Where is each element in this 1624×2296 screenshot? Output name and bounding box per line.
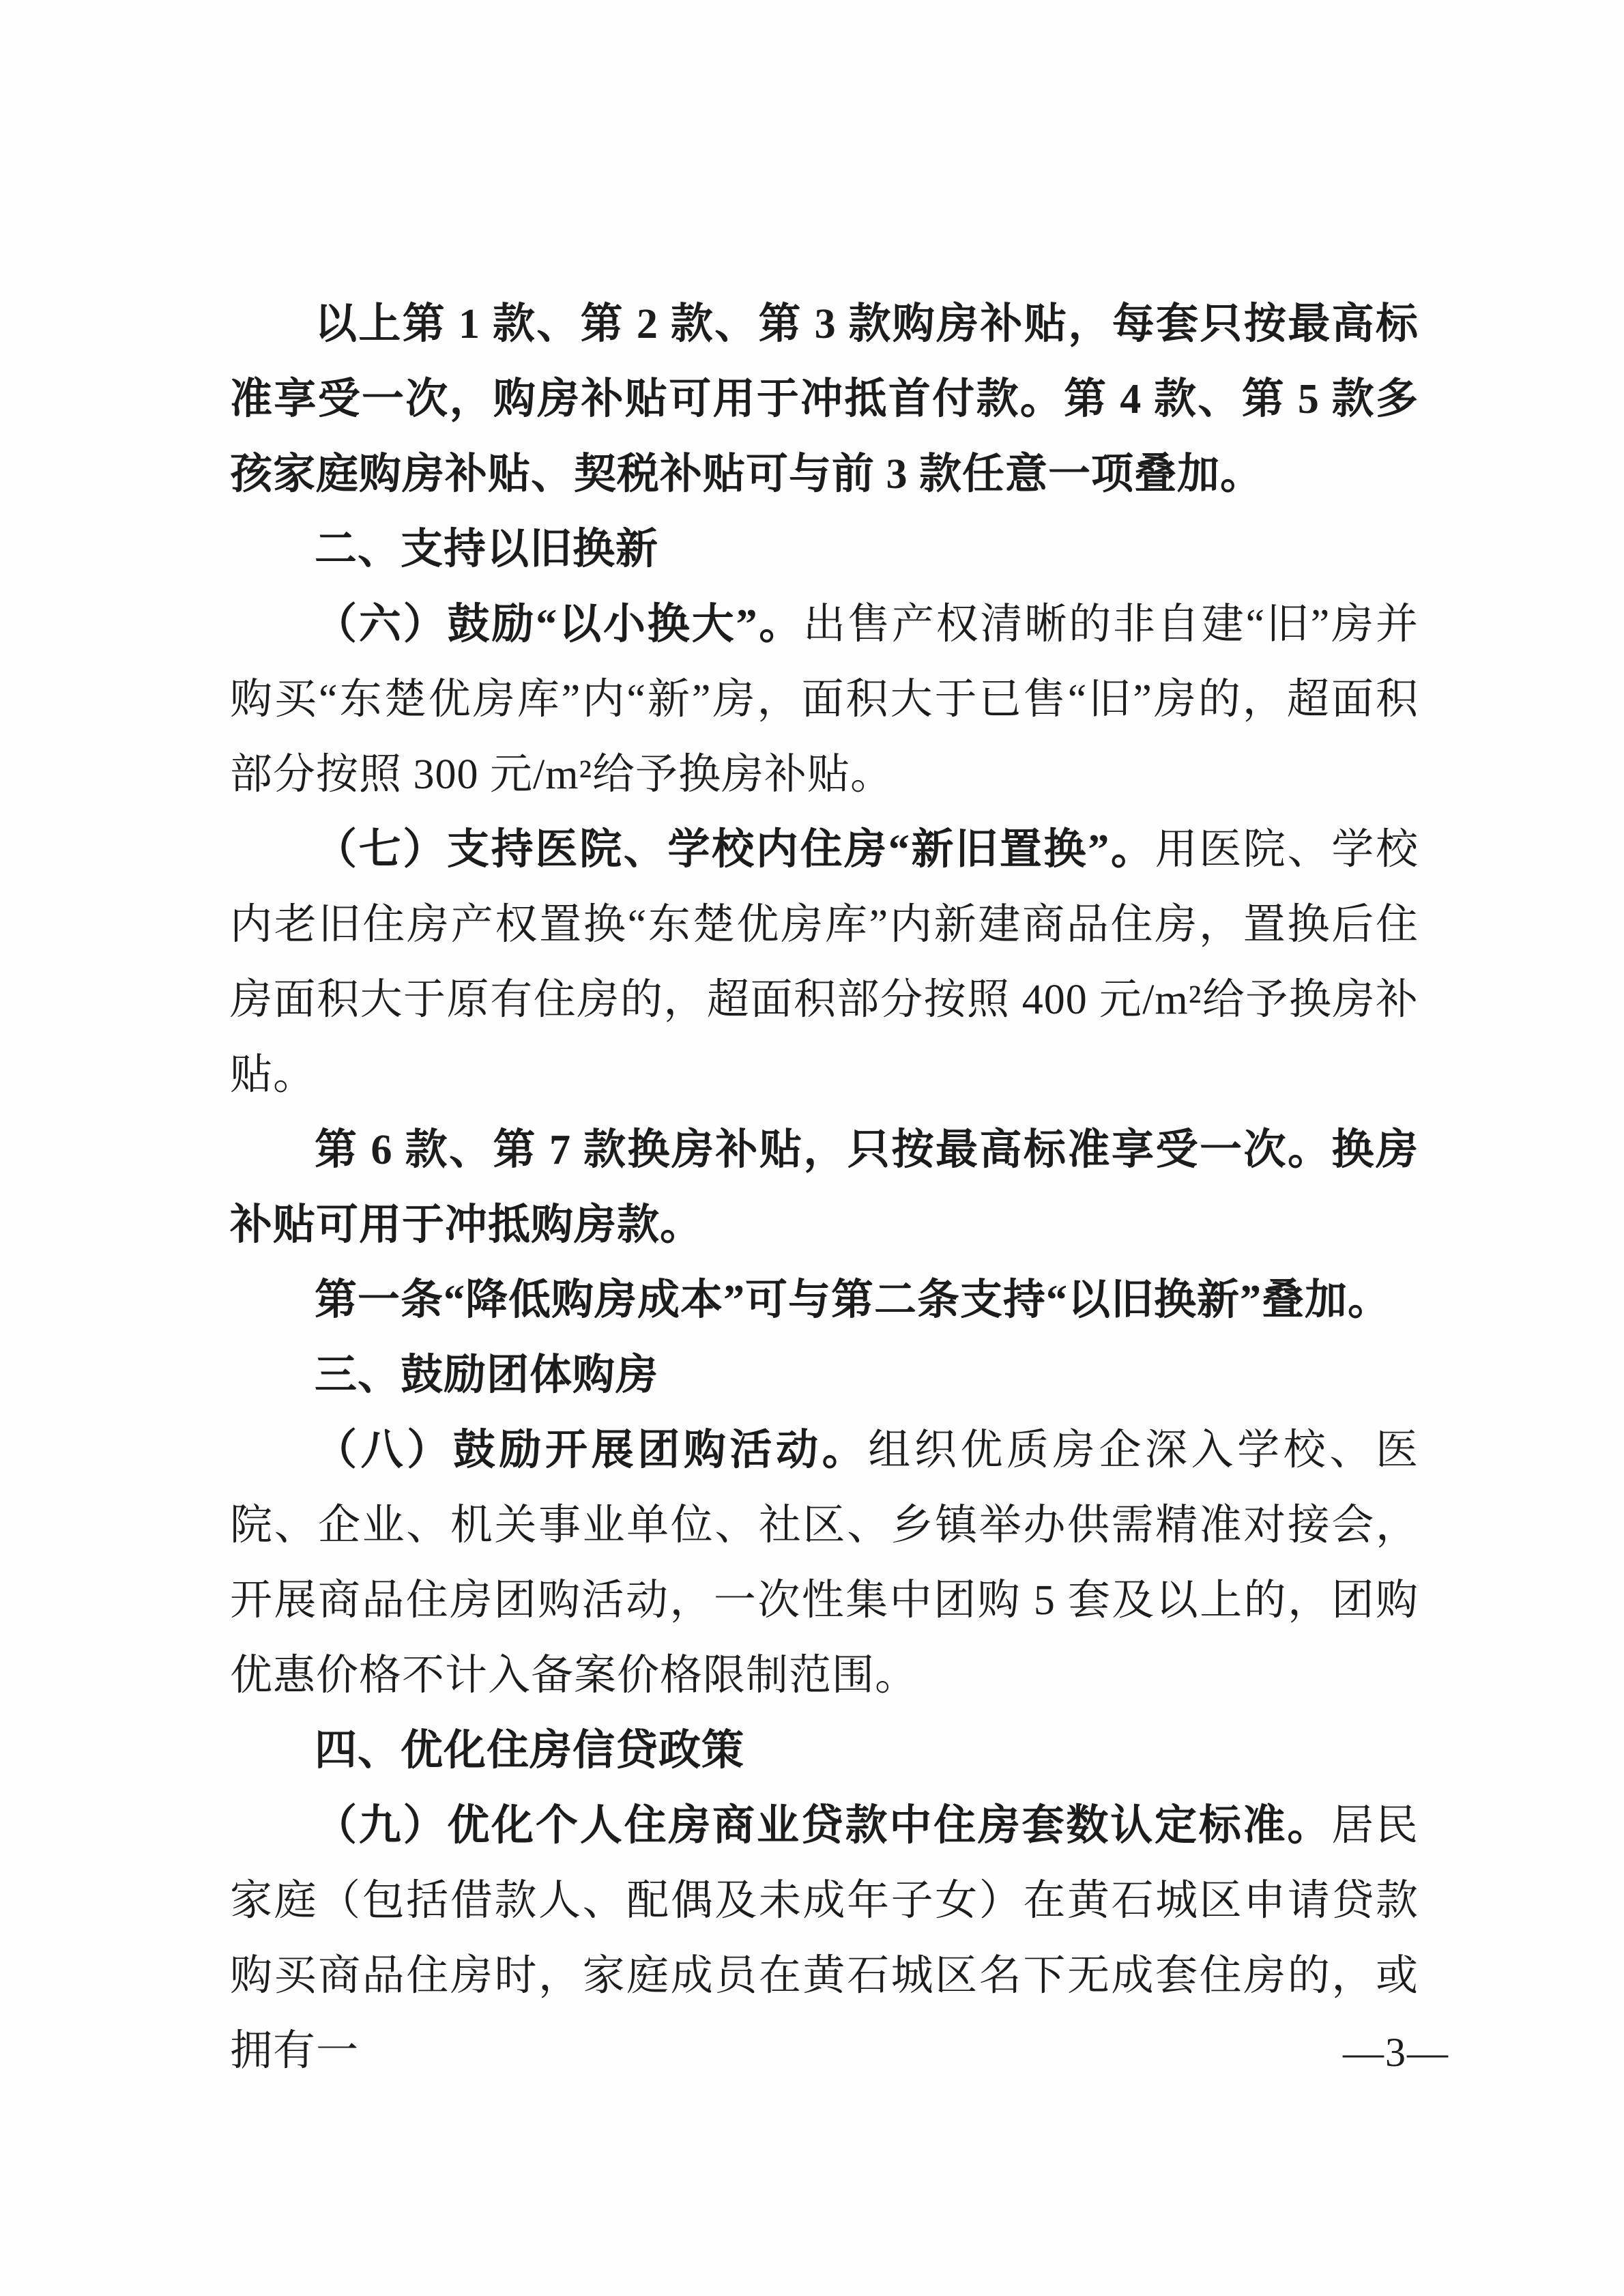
- text-run: 二、支持以旧换新: [315, 526, 658, 573]
- text-run: （九）优化个人住房商业贷款中住房套数认定标准。: [315, 1803, 1331, 1849]
- paragraph: （六）鼓励“以小换大”。出售产权清晰的非自建“旧”房并购买“东楚优房库”内“新”…: [230, 587, 1419, 812]
- text-run: 三、鼓励团体购房: [315, 1351, 658, 1398]
- text-run: 四、优化住房信贷政策: [315, 1727, 744, 1774]
- section-heading: 四、优化住房信贷政策: [230, 1713, 1419, 1788]
- section-heading: 二、支持以旧换新: [230, 512, 1419, 587]
- paragraph: （九）优化个人住房商业贷款中住房套数认定标准。居民家庭（包括借款人、配偶及未成年…: [230, 1788, 1419, 2089]
- text-run: 第一条“降低购房成本”可与第二条支持“以旧换新”叠加。: [315, 1277, 1391, 1323]
- text-run: （七）支持医院、学校内住房“新旧置换”。: [315, 827, 1155, 873]
- document-body: 以上第 1 款、第 2 款、第 3 款购房补贴，每套只按最高标准享受一次，购房补…: [230, 287, 1419, 2089]
- paragraph: （七）支持医院、学校内住房“新旧置换”。用医院、学校内老旧住房产权置换“东楚优房…: [230, 812, 1419, 1113]
- page-number: —3—: [1343, 2015, 1449, 2090]
- paragraph: （八）鼓励开展团购活动。组织优质房企深入学校、医院、企业、机关事业单位、社区、乡…: [230, 1413, 1419, 1713]
- text-run: （六）鼓励“以小换大”。: [315, 601, 803, 648]
- section-heading: 三、鼓励团体购房: [230, 1338, 1419, 1413]
- paragraph: 第 6 款、第 7 款换房补贴，只按最高标准享受一次。换房补贴可用于冲抵购房款。: [230, 1113, 1419, 1263]
- paragraph: 第一条“降低购房成本”可与第二条支持“以旧换新”叠加。: [230, 1263, 1419, 1338]
- document-page: 以上第 1 款、第 2 款、第 3 款购房补贴，每套只按最高标准享受一次，购房补…: [0, 0, 1624, 2296]
- paragraph: 以上第 1 款、第 2 款、第 3 款购房补贴，每套只按最高标准享受一次，购房补…: [230, 287, 1419, 512]
- text-run: （八）鼓励开展团购活动。: [315, 1427, 868, 1474]
- text-run: 第 6 款、第 7 款换房补贴，只按最高标准享受一次。换房补贴可用于冲抵购房款。: [230, 1127, 1419, 1248]
- text-run: 以上第 1 款、第 2 款、第 3 款购房补贴，每套只按最高标准享受一次，购房补…: [230, 301, 1419, 498]
